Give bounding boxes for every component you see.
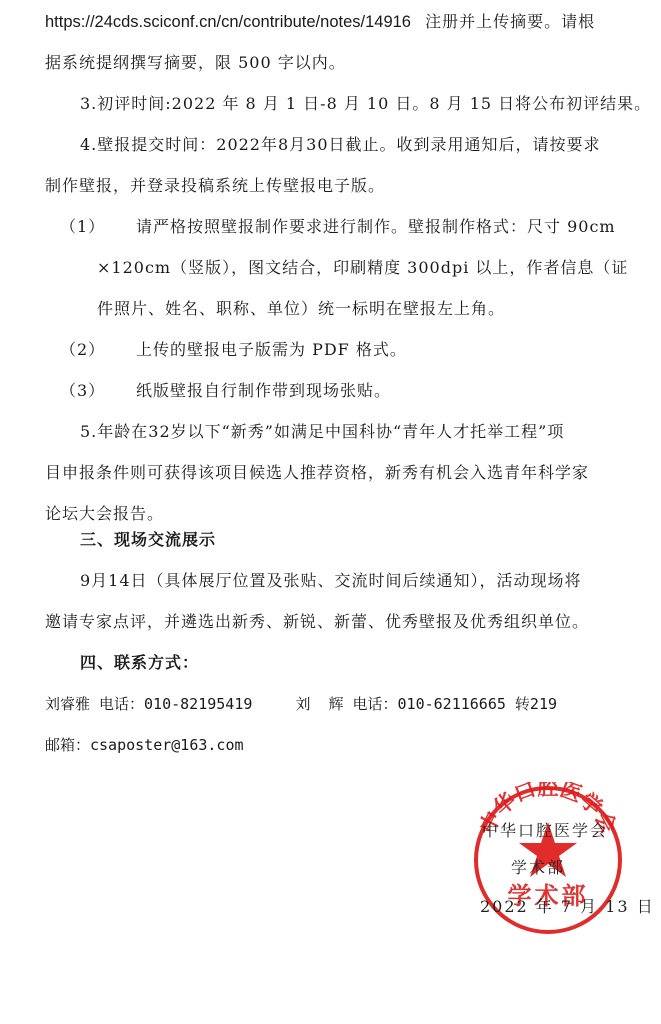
item-4-poster-deadline: 4.壁报提交时间：2022年8月30日截止。收到录用通知后，请按要求 — [80, 135, 601, 155]
section-3-paragraph: 9月14日（具体展厅位置及张贴、交流时间后续通知），活动现场将 — [80, 571, 582, 591]
sub-item-1-line3: 件照片、姓名、职称、单位）统一标明在壁报左上角。 — [97, 299, 505, 319]
sub-item-2-number: （2） — [60, 340, 136, 360]
item-4-continued: 制作壁报，并登录投稿系统上传壁报电子版。 — [45, 176, 385, 196]
item-5-line3: 论坛大会报告。 — [45, 504, 164, 524]
sub-item-3-text: 纸版壁报自行制作带到现场张贴。 — [136, 381, 391, 400]
abstract-limit-text: 据系统提纲撰写摘要，限 500 字以内。 — [45, 53, 346, 73]
contact-email[interactable]: 邮箱：csaposter@163.com — [45, 735, 244, 755]
sub-item-1-line2: ×120cm（竖版），图文结合，印刷精度 300dpi 以上，作者信息（证 — [97, 258, 628, 278]
sub-item-3: （3）纸版壁报自行制作带到现场张贴。 — [60, 381, 391, 401]
submission-url-link[interactable]: https://24cds.sciconf.cn/cn/contribute/n… — [45, 13, 411, 31]
signature-date: 2022 年 7 月 13 日 — [480, 897, 655, 917]
section-3-paragraph-line2: 邀请专家点评，并遴选出新秀、新锐、新蕾、优秀壁报及优秀组织单位。 — [45, 612, 589, 632]
signature-organization: 中华口腔医学会 — [482, 821, 608, 841]
item-5-young-talent: 5.年龄在32岁以下“新秀”如满足中国科协“青年人才托举工程”项 — [80, 422, 564, 442]
contact-line: 刘睿雅 电话：010-82195419 刘 辉 电话：010-62116665 … — [45, 694, 557, 714]
sub-item-1-number: （1） — [60, 217, 136, 237]
item-5-line2: 目申报条件则可获得该项目候选人推荐资格，新秀有机会入选青年科学家 — [45, 463, 589, 483]
url-line-text: 注册并上传摘要。请根 — [425, 12, 595, 31]
sub-item-1-text: 请严格按照壁报制作要求进行制作。壁报制作格式：尺寸 90cm — [136, 217, 616, 236]
contact-liu-ruiya: 刘睿雅 电话：010-82195419 — [45, 695, 252, 713]
sub-item-1: （1）请严格按照壁报制作要求进行制作。壁报制作格式：尺寸 90cm — [60, 217, 616, 237]
contact-liu-hui: 刘 辉 电话：010-62116665 转219 — [295, 695, 557, 713]
section-3-heading: 三、现场交流展示 — [80, 530, 216, 550]
section-4-heading: 四、联系方式： — [80, 653, 199, 673]
item-3-review-time: 3.初评时间:2022 年 8 月 1 日-8 月 10 日。8 月 15 日将… — [80, 94, 651, 114]
signature-department: 学术部 — [511, 858, 565, 878]
sub-item-2: （2）上传的壁报电子版需为 PDF 格式。 — [60, 340, 407, 360]
sub-item-2-text: 上传的壁报电子版需为 PDF 格式。 — [136, 340, 407, 359]
sub-item-3-number: （3） — [60, 381, 136, 401]
url-line: https://24cds.sciconf.cn/cn/contribute/n… — [45, 12, 595, 32]
